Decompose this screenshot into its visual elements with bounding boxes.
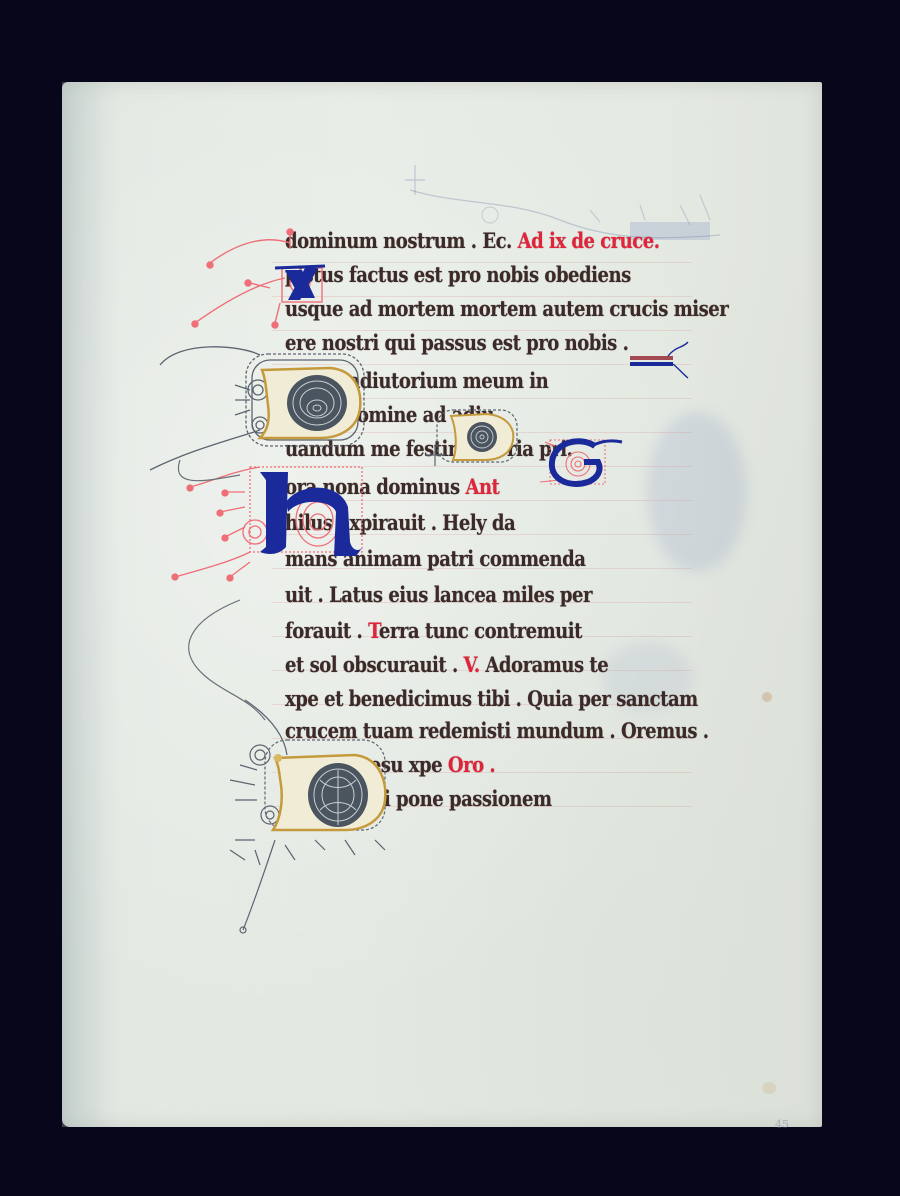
show-through-blue	[647, 412, 747, 572]
manuscript-line-2: pistus factus est pro nobis obediens	[285, 262, 631, 296]
manuscript-line-1: dominum nostrum . Ec. Ad ix de cruce.	[285, 228, 660, 262]
initial-d-gold-lower	[215, 700, 405, 935]
initial-d-small-gold	[425, 400, 535, 470]
margin-flourish	[150, 380, 290, 730]
line-filler-flourish	[628, 340, 698, 380]
manuscript-line-3: usque ad mortem mortem autem crucis mise…	[285, 296, 728, 330]
manuscript-line-13: et sol obscurauit . V. Adoramus te	[285, 652, 608, 686]
initial-x-blue	[190, 228, 310, 338]
stain	[762, 1082, 776, 1094]
stain	[762, 692, 772, 702]
initial-g-blue	[540, 432, 630, 492]
folio-number: 45	[775, 1118, 789, 1131]
manuscript-line-12: forauit . Terra tunc contremuit	[285, 618, 582, 652]
